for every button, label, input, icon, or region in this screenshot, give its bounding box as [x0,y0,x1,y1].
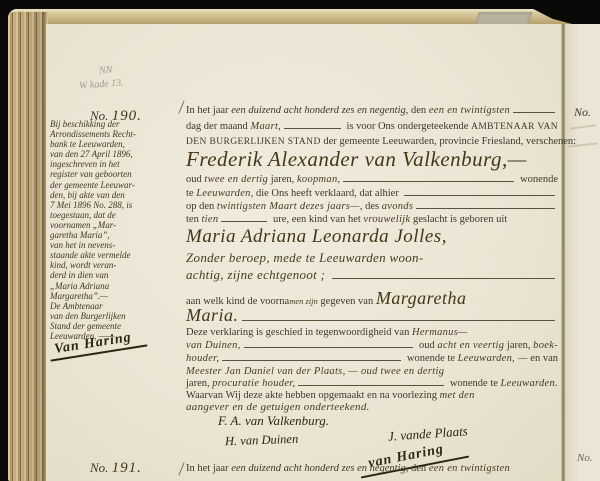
printed-text: ten [186,214,201,225]
ruled-fill [343,180,514,182]
body-line-name-father: Frederik Alexander van Valkenburg,— [186,147,558,172]
printed-text: , den [406,463,429,474]
printed-text: dag der maand [186,121,250,132]
printed-text: jaren, [186,378,212,389]
body-line: houder, wonende te Leeuwarden, — en van [186,353,558,364]
body-line: oud twee en dertig jaren, koopman, wonen… [186,174,558,185]
handwritten-name: Maria. [186,305,239,326]
handwritten-text: van Duinen, [186,340,241,351]
handwritten-text: vrouwelijk [363,214,410,225]
printed-text: , den [406,105,429,116]
handwritten-text: Leeuwarden [196,188,251,199]
handwritten-text: acht en veertig [437,340,504,351]
ruled-fill [332,277,555,279]
register-scan: NN W kade 13. No. 190. Bij beschikking d… [0,0,600,481]
printed-text: In het jaar [186,463,231,474]
handwritten-text: aangever en de getuigen onderteekend. [186,401,370,413]
ruled-fill [284,127,341,129]
body-line: achtig, zijne echtgenoot ; [186,267,558,283]
body-line: op den twintigsten Maart dezes jaars—, d… [186,201,558,212]
handwritten-text: Maart, [250,121,281,132]
handwritten-text: procuratie houder, [212,378,295,389]
body-line: Meester Jan Daniel van der Plaats, — oud… [186,366,558,377]
handwritten-text: Meester Jan Daniel van der Plaats, — oud… [186,366,444,377]
printed-text: ure, een kind van het [270,214,363,225]
handwritten-name: Maria Adriana Leonarda Jolles, [186,226,447,248]
handwritten-text: Leeuwarden, — [458,353,528,364]
handwritten-text: koopman, [297,174,341,185]
body-line-next-record: In het jaar een duizend acht honderd zes… [186,463,558,474]
printed-smallcaps: AMBTENAAR VAN [471,122,558,132]
pencil-note-line1: NN [99,65,113,77]
printed-text: te [186,188,196,199]
act-number-191: No. 191. [90,460,142,477]
act-number-label: No. [90,460,108,475]
ruled-fill [416,207,555,209]
signature-declarant: F. A. van Valkenburg. [218,413,329,429]
body-line: dag der maand Maart, is voor Ons onderge… [186,121,558,132]
handwritten-text: boek- [533,340,558,351]
handwritten-text: Hermanus— [412,327,468,338]
printed-text: Waarvan Wij deze akte hebben opgemaakt e… [186,390,440,401]
body-line-child-name2: Maria. [186,305,558,326]
printed-text: en van [528,353,558,364]
printed-text: , des [360,201,382,212]
ruled-fill [298,384,444,386]
handwritten-text: Leeuwarden. [501,378,558,389]
handwritten-text: twintigsten Maart dezes jaars— [217,201,360,212]
body-line: Deze verklaring is geschied in tegenwoor… [186,327,558,338]
body-line: jaren, procuratie houder, wonende te Lee… [186,378,558,389]
ruled-fill [221,220,267,222]
printed-text: wonende [517,174,558,185]
handwritten-text: met den [440,390,475,401]
body-line: te Leeuwarden, die Ons heeft verklaard, … [186,188,558,199]
printed-text: der gemeente Leeuwarden, provincie Fries… [321,136,576,147]
printed-italic-text: een duizend acht honderd zes en negentig [231,105,406,116]
printed-text: Deze verklaring is geschied in tegenwoor… [186,327,412,338]
printed-text: , die Ons heeft verklaard, dat alhier [251,188,402,199]
body-line: ten tien ure, een kind van het vrouwelij… [186,214,558,225]
body-line: DEN BURGERLIJKEN STAND der gemeente Leeu… [186,136,558,147]
ruled-fill [242,319,556,321]
handwritten-text: twee en dertig [204,174,268,185]
ruled-fill [222,359,401,361]
printed-text: jaren, [268,174,297,185]
book-page-edges [8,12,46,481]
signature-witness1: H. van Duinen [225,432,299,450]
printed-text: is voor Ons ondergeteekende [344,121,471,132]
ruled-fill [513,111,555,113]
body-line: Waarvan Wij deze akte hebben opgemaakt e… [186,390,558,401]
printed-text: wonende te [447,378,500,389]
printed-text: wonende te [404,353,457,364]
body-line-name-mother: Maria Adriana Leonarda Jolles, [186,226,558,248]
handwritten-text: Zonder beroep, mede te Leeuwarden woon- [186,250,423,266]
printed-text: geslacht is geboren uit [410,214,507,225]
printed-text: In het jaar [186,105,231,116]
handwritten-text: een en twintigsten [429,463,510,474]
act-number-value: 191. [112,460,142,476]
body-line: In het jaar een duizend acht honderd zes… [186,105,558,116]
facing-page-number-bottom: No. [577,452,593,464]
handwritten-text: tien [201,214,218,225]
printed-italic-text: een duizend acht honderd zes en negentig [231,463,406,474]
printed-smallcaps: DEN BURGERLIJKEN STAND [186,137,321,147]
body-line: aangever en de getuigen onderteekend. [186,401,558,413]
handwritten-text: achtig, zijne echtgenoot ; [186,267,329,283]
printed-text: oud [186,174,204,185]
body-line: van Duinen, oud acht en veertig jaren, b… [186,340,558,351]
printed-text: jaren, [504,340,533,351]
printed-text: op den [186,201,217,212]
margin-annotation: Bij beschikking der Arrondissements Rech… [50,119,190,341]
facing-page [566,24,600,481]
body-line: Zonder beroep, mede te Leeuwarden woon- [186,250,558,266]
printed-text: oud [416,340,437,351]
handwritten-name: Frederik Alexander van Valkenburg,— [186,147,527,172]
facing-page-number-top: No. [574,105,591,120]
ruled-fill [244,346,414,348]
handwritten-text: houder, [186,353,219,364]
handwritten-text: avonds [382,201,414,212]
ruled-fill [404,194,555,196]
handwritten-text: een en twintigsten [429,105,510,116]
